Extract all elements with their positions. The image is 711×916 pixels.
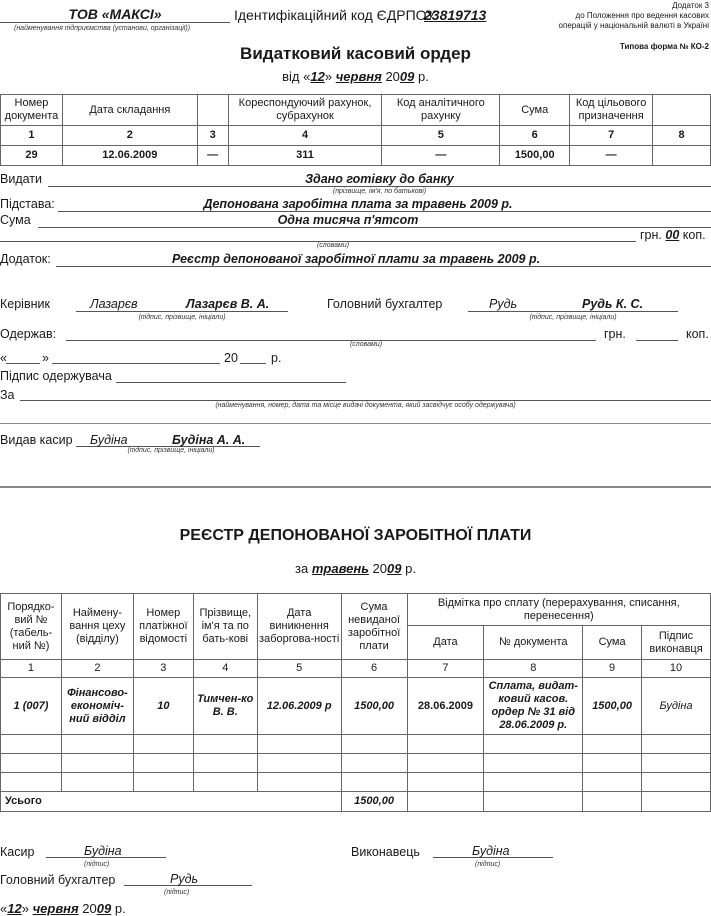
order-table-header-row: Номер документа Дата складання Кореспонд… [1, 95, 711, 126]
cell: Тимчен-ко В. В. [193, 678, 257, 735]
cell [642, 773, 711, 792]
blank-year-line[interactable] [240, 363, 266, 364]
sum-value[interactable]: Одна тисяча п'ятсот [38, 213, 658, 227]
chief-accountant-name[interactable]: Рудь К. С. [582, 297, 643, 311]
order-table-row: 29 12.06.2009 — 311 — 1500,00 — [1, 146, 711, 166]
date-text: від « [282, 69, 310, 84]
cell [133, 754, 193, 773]
header-cell: Код аналітичного рахунку [382, 95, 500, 126]
cell [61, 754, 133, 773]
register-header-row: Порядко-вий № (табель-ний №) Наймену-ван… [1, 594, 711, 626]
sum-label: Сума [0, 213, 31, 227]
org-caption: (найменування підприємства (установи, ор… [14, 25, 190, 32]
cell: 1 (007) [1, 678, 62, 735]
subheader-cell: Сума [583, 626, 642, 660]
org-name: ТОВ «МАКСІ» [0, 6, 230, 22]
header-cell: Прізвище, ім'я та по бать-кові [193, 594, 257, 660]
cell: 10 [133, 678, 193, 735]
cell [583, 773, 642, 792]
period-text: 20 [373, 561, 387, 576]
header-cell [197, 95, 228, 126]
number-cell: 5 [382, 126, 500, 146]
basis-label: Підстава: [0, 197, 55, 211]
cell: 1500,00 [341, 678, 407, 735]
blank-year-end: р. [271, 351, 281, 365]
per-line[interactable] [20, 400, 711, 401]
basis-line [58, 211, 711, 212]
cell [642, 735, 711, 754]
cell: 1500,00 [583, 678, 642, 735]
register-day: 12 [7, 901, 21, 916]
cell [1, 773, 62, 792]
number-cell: 9 [583, 660, 642, 678]
doc-number-cell: 29 [1, 146, 63, 166]
appendix-line: Додаток 3 [559, 1, 709, 11]
subheader-cell: № документа [484, 626, 583, 660]
reg-chief-accountant-signature[interactable]: Рудь [170, 872, 198, 886]
number-cell: 1 [1, 660, 62, 678]
cell [484, 754, 583, 773]
chief-accountant-line [468, 311, 678, 312]
head-signature[interactable]: Лазарєв [90, 297, 138, 311]
header-cell: Номер платіжної відомості [133, 594, 193, 660]
recipient-sign-line[interactable] [116, 382, 346, 383]
head-label: Керівник [0, 297, 50, 311]
cell [193, 735, 257, 754]
number-cell: 8 [484, 660, 583, 678]
executor-caption: (підпис) [475, 861, 500, 868]
head-sign-line [76, 311, 288, 312]
issue-caption: (прізвище, ім'я, по батькові) [48, 188, 711, 195]
cell [257, 754, 341, 773]
cell [642, 754, 711, 773]
attachment-label: Додаток: [0, 252, 51, 266]
number-cell: 7 [407, 660, 484, 678]
cell [193, 773, 257, 792]
period-text: за [295, 561, 308, 576]
number-cell: 10 [642, 660, 711, 678]
blank-year: 20 [224, 351, 238, 365]
chief-accountant-caption: (підпис, прізвище, ініціали) [468, 314, 678, 321]
blank-month-line[interactable] [52, 363, 220, 364]
sum-currency: грн. 00 коп. [640, 228, 706, 242]
header-cell: Дата виникнення заборгова-ності [257, 594, 341, 660]
total-label: Усього [1, 792, 342, 812]
order-day: 12 [310, 69, 324, 84]
number-cell: 1 [1, 126, 63, 146]
header-cell [653, 95, 711, 126]
blank-date-close: » [42, 351, 49, 365]
cell [61, 773, 133, 792]
sum-caption: (словами) [0, 242, 666, 249]
register-date-month: червня [33, 901, 79, 916]
cell: 12.06.2009 р [257, 678, 341, 735]
cell [133, 773, 193, 792]
header-cell: Порядко-вий № (табель-ний №) [1, 594, 62, 660]
recipient-sign-label: Підпис одержувача [0, 369, 112, 383]
cell [257, 735, 341, 754]
reg-cashier-signature[interactable]: Будіна [84, 844, 122, 858]
number-cell: 7 [570, 126, 653, 146]
date-text: р. [418, 69, 429, 84]
register-date: «12» червня 2009 р. [0, 901, 126, 916]
date-text: » [325, 69, 332, 84]
number-cell: 2 [62, 126, 197, 146]
cell: Фінансово-економіч-ний відділ [61, 678, 133, 735]
edrpou-value: 23819713 [424, 7, 486, 23]
cell [642, 792, 711, 812]
per-caption: (найменування, номер, дата та місце вида… [20, 402, 711, 409]
subheader-cell: Дата [407, 626, 484, 660]
cashier-name[interactable]: Будіна А. А. [172, 433, 245, 447]
reg-chief-accountant-caption: (підпис) [164, 889, 189, 896]
cell [407, 773, 484, 792]
basis-value[interactable]: Депонована заробітна плата за травень 20… [58, 197, 658, 211]
cell [341, 773, 407, 792]
reg-cashier-caption: (підпис) [84, 861, 109, 868]
total-row: Усього 1500,00 [1, 792, 711, 812]
issue-label: Видати [0, 172, 42, 186]
period-text: р. [405, 561, 416, 576]
number-cell: 4 [193, 660, 257, 678]
attachment-line [56, 266, 711, 267]
sum-cell: 1500,00 [500, 146, 570, 166]
chief-accountant-signature[interactable]: Рудь [489, 297, 517, 311]
uah-label: грн. [640, 228, 662, 242]
cell [133, 735, 193, 754]
received-caption: (словами) [66, 341, 666, 348]
cashier-caption: (підпис, прізвище, ініціали) [76, 447, 266, 454]
header-cell: Наймену-вання цеху (відділу) [61, 594, 133, 660]
cell [583, 735, 642, 754]
appendix-line: операцій у національній валюті в Україні [559, 21, 709, 31]
col3-cell: — [197, 146, 228, 166]
cell [407, 754, 484, 773]
cell [341, 735, 407, 754]
per-line-2 [0, 423, 711, 424]
kop-label: коп. [683, 228, 706, 242]
cell [583, 792, 642, 812]
kop-value[interactable]: 00 [665, 228, 679, 242]
number-cell: 4 [228, 126, 382, 146]
table-row [1, 773, 711, 792]
cell [1, 735, 62, 754]
head-caption: (підпис, прізвище, ініціали) [76, 314, 288, 321]
cashier-signature[interactable]: Будіна [90, 433, 128, 447]
header-cell: Сума невиданої заробітної плати [341, 594, 407, 660]
header-cell: Кореспондуючий рахунок, субрахунок [228, 95, 382, 126]
cell [484, 773, 583, 792]
number-cell: 5 [257, 660, 341, 678]
appendix-line: до Положення про ведення касових [559, 11, 709, 21]
order-title: Видатковий касовий ордер [0, 44, 711, 64]
number-cell: 3 [133, 660, 193, 678]
col8-cell [653, 146, 711, 166]
cell: Сплата, видат-ковий касов. ордер № 31 ві… [484, 678, 583, 735]
executor-label: Виконавець [351, 845, 420, 859]
per-label: За [0, 388, 15, 402]
section-divider [0, 486, 711, 488]
table-row [1, 754, 711, 773]
register-title: РЕЄСТР ДЕПОНОВАНОЇ ЗАРОБІТНОЇ ПЛАТИ [0, 527, 711, 545]
register-date-year: 09 [97, 901, 111, 916]
table-row [1, 735, 711, 754]
order-table-number-row: 1 2 3 4 5 6 7 8 [1, 126, 711, 146]
table-row: 1 (007) Фінансово-економіч-ний відділ 10… [1, 678, 711, 735]
register-period: за травень 2009 р. [0, 561, 711, 576]
received-label: Одержав: [0, 327, 56, 341]
register-number-row: 1 2 3 4 5 6 7 8 9 10 [1, 660, 711, 678]
cell [407, 792, 484, 812]
chief-accountant-label: Головний бухгалтер [327, 297, 442, 311]
reg-chief-accountant-label: Головний бухгалтер [0, 873, 115, 887]
cell [407, 735, 484, 754]
cell [341, 754, 407, 773]
issue-value[interactable]: Здано готівку до банку [48, 172, 711, 186]
org-name-line [0, 22, 230, 23]
header-cell: Сума [500, 95, 570, 126]
edrpou-label: Ідентифікаційний код ЄДРПОУ [234, 7, 435, 23]
date-text: 20 [82, 901, 96, 916]
account-cell: 311 [228, 146, 382, 166]
order-month: червня [336, 69, 382, 84]
register-table: Порядко-вий № (табель-ний №) Наймену-ван… [0, 593, 711, 812]
order-year: 09 [400, 69, 414, 84]
number-cell: 6 [500, 126, 570, 146]
attachment-value[interactable]: Реєстр депонованої заробітної плати за т… [56, 252, 656, 266]
appendix-note: Додаток 3 до Положення про ведення касов… [559, 1, 709, 31]
header-cell: Код цільового призначення [570, 95, 653, 126]
cell: Будіна [642, 678, 711, 735]
cell [257, 773, 341, 792]
cell [484, 792, 583, 812]
date-text: р. [115, 901, 126, 916]
date-text: » [22, 901, 29, 916]
issue-line [48, 186, 711, 187]
register-month: травень [312, 561, 369, 576]
cell [484, 735, 583, 754]
group-header-cell: Відмітка про сплату (перерахування, спис… [407, 594, 710, 626]
blank-day-line[interactable] [6, 363, 40, 364]
number-cell: 3 [197, 126, 228, 146]
received-uah-label: грн. [604, 327, 626, 341]
received-kop-label: коп. [686, 327, 709, 341]
date-cell: 12.06.2009 [62, 146, 197, 166]
analytic-cell: — [382, 146, 500, 166]
total-value: 1500,00 [341, 792, 407, 812]
cashier-label: Видав касир [0, 433, 73, 447]
cell: 28.06.2009 [407, 678, 484, 735]
purpose-cell: — [570, 146, 653, 166]
cell [1, 754, 62, 773]
number-cell: 2 [61, 660, 133, 678]
cell [583, 754, 642, 773]
number-cell: 6 [341, 660, 407, 678]
sum-line [38, 227, 711, 228]
number-cell: 8 [653, 126, 711, 146]
order-table: Номер документа Дата складання Кореспонд… [0, 94, 711, 166]
header-cell: Дата складання [62, 95, 197, 126]
date-text: 20 [385, 69, 399, 84]
cell [61, 735, 133, 754]
order-date: від «12» червня 2009 р. [0, 69, 711, 84]
reg-cashier-label: Касир [0, 845, 34, 859]
head-name[interactable]: Лазарєв В. А. [186, 297, 269, 311]
cell [193, 754, 257, 773]
subheader-cell: Підпис виконавця [642, 626, 711, 660]
header-cell: Номер документа [1, 95, 63, 126]
register-year: 09 [387, 561, 401, 576]
executor-signature[interactable]: Будіна [472, 844, 510, 858]
